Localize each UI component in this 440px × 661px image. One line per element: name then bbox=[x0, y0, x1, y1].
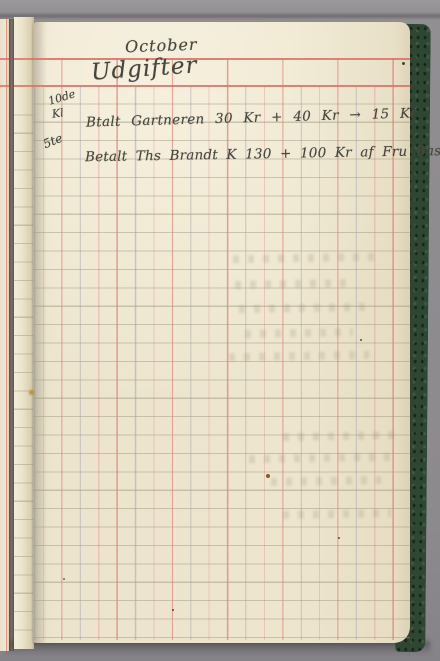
brown-stain bbox=[266, 474, 270, 478]
red-rule-fragment bbox=[14, 85, 34, 87]
horizontal-grid-lines bbox=[33, 86, 410, 640]
backdrop-top-shadow bbox=[0, 12, 440, 20]
ink-speck bbox=[360, 339, 362, 341]
ink-speck bbox=[63, 578, 65, 580]
red-rule-fragment bbox=[0, 58, 9, 60]
yellow-stain bbox=[29, 390, 34, 395]
scanned-ledger-photo: October Udgifter 10de Kl 5te Btalt Gartn… bbox=[0, 0, 440, 661]
edge-grid-lines bbox=[14, 97, 34, 645]
ink-speck bbox=[402, 62, 405, 65]
left-page-edge-inner bbox=[14, 17, 34, 649]
header-red-rule-bottom bbox=[33, 85, 410, 87]
left-page-edge-outer bbox=[0, 19, 9, 651]
red-rule-fragment bbox=[0, 85, 9, 87]
margin-date: Kl bbox=[51, 106, 64, 121]
ink-speck bbox=[172, 609, 174, 611]
red-rule-fragment bbox=[14, 58, 34, 60]
book-bottom-shadow bbox=[6, 641, 430, 655]
ink-speck bbox=[338, 537, 340, 539]
edge-red-rule bbox=[6, 19, 7, 651]
ledger-page: October Udgifter 10de Kl 5te Btalt Gartn… bbox=[33, 22, 410, 643]
